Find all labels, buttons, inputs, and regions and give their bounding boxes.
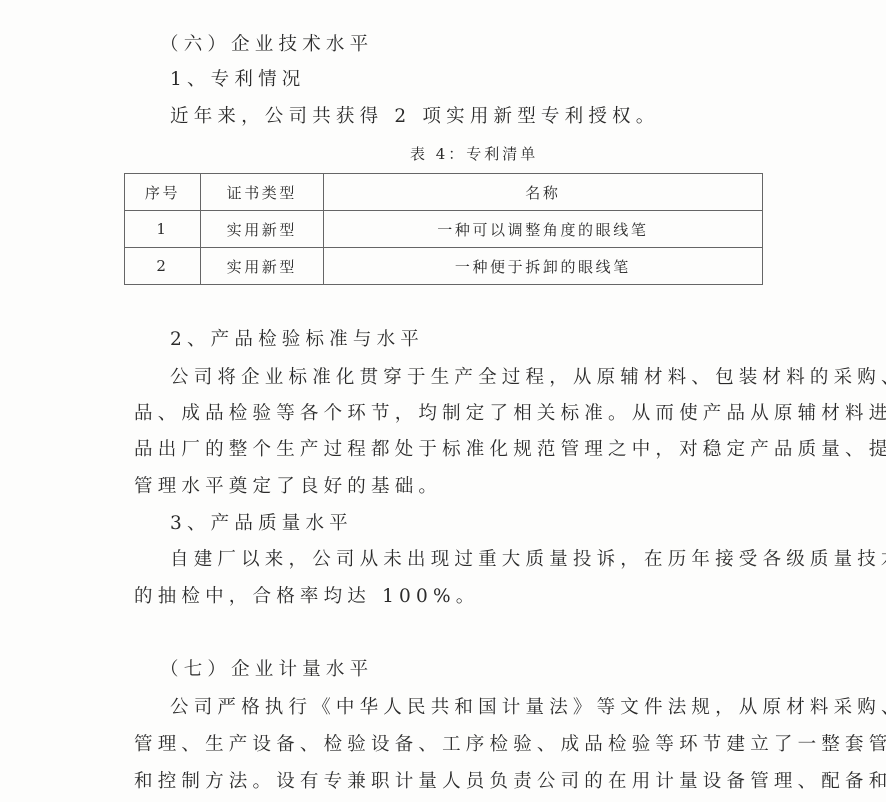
subheading-inspection: 2、产品检验标准与水平 bbox=[170, 328, 424, 352]
cell-cert-type: 实用新型 bbox=[200, 211, 323, 248]
cell-index: 2 bbox=[125, 248, 201, 285]
paragraph-line: 自建厂以来，公司从未出现过重大质量投诉，在历年接受各级质量技术部门 bbox=[170, 548, 886, 572]
paragraph-line: 公司将企业标准化贯穿于生产全过程，从原辅材料、包装材料的采购、半成 bbox=[170, 366, 886, 390]
header-cert-type: 证书类型 bbox=[200, 174, 323, 211]
subheading-patents: 1、专利情况 bbox=[170, 68, 305, 92]
subheading-quality: 3、产品质量水平 bbox=[170, 512, 353, 536]
patents-intro: 近年来，公司共获得 2 项实用新型专利授权。 bbox=[170, 105, 659, 129]
paragraph-line: 品、成品检验等各个环节，均制定了相关标准。从而使产品从原辅材料进厂到成 bbox=[134, 402, 886, 426]
cell-index: 1 bbox=[125, 211, 201, 248]
table-header-row: 序号 证书类型 名称 bbox=[125, 174, 763, 211]
cell-name: 一种便于拆卸的眼线笔 bbox=[323, 248, 762, 285]
patent-table: 序号 证书类型 名称 1 实用新型 一种可以调整角度的眼线笔 2 实用新型 一种… bbox=[124, 173, 763, 285]
paragraph-line: 管理水平奠定了良好的基础。 bbox=[134, 475, 442, 499]
table-caption: 表 4：专利清单 bbox=[410, 143, 538, 165]
paragraph-line: 管理、生产设备、检验设备、工序检验、成品检验等环节建立了一整套管理文件 bbox=[134, 733, 886, 757]
header-index: 序号 bbox=[125, 174, 201, 211]
paragraph-line: 的抽检中，合格率均达 100%。 bbox=[134, 585, 479, 609]
section-heading-7: （七）企业计量水平 bbox=[160, 658, 373, 682]
header-name: 名称 bbox=[323, 174, 762, 211]
cell-cert-type: 实用新型 bbox=[200, 248, 323, 285]
table-row: 2 实用新型 一种便于拆卸的眼线笔 bbox=[125, 248, 763, 285]
cell-name: 一种可以调整角度的眼线笔 bbox=[323, 211, 762, 248]
paragraph-line: 公司严格执行《中华人民共和国计量法》等文件法规，从原材料采购、过程 bbox=[170, 696, 886, 720]
paragraph-line: 和控制方法。设有专兼职计量人员负责公司的在用计量设备管理、配备和定期校 bbox=[134, 770, 886, 794]
section-heading-6: （六）企业技术水平 bbox=[160, 33, 373, 57]
table-row: 1 实用新型 一种可以调整角度的眼线笔 bbox=[125, 211, 763, 248]
paragraph-line: 品出厂的整个生产过程都处于标准化规范管理之中，对稳定产品质量、提高企业 bbox=[134, 438, 886, 462]
